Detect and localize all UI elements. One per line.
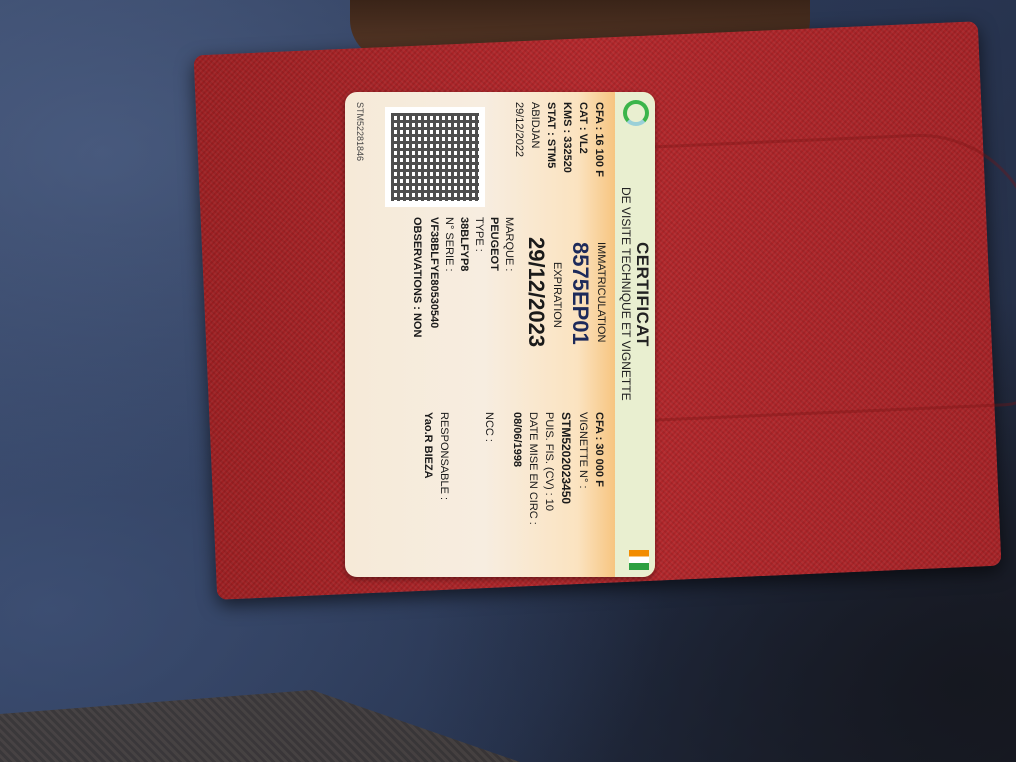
cat: CAT : VL2 [577,102,589,154]
date-circ: 08/06/1998 [511,412,523,467]
cfa-right: CFA : 30 000 F [593,412,605,487]
type: 38BLFYP8 [458,217,470,271]
serie-label: N° SERIE : [443,217,455,272]
marque-label: MARQUE : [503,217,515,271]
kms: KMS : 332520 [561,102,573,173]
date-circ-label: DATE MISE EN CIRC : [527,412,539,525]
observations: OBSERVATIONS : NON [411,217,423,337]
ncc: NCC : [483,412,495,442]
puis-fis: PUIS. FIS. (CV) : 10 [543,412,555,511]
vignette: STM5202023450 [559,412,573,504]
certificate-card: CERTIFICAT DE VISITE TECHNIQUE ET VIGNET… [345,92,655,577]
expiration: 29/12/2023 [523,237,549,347]
responsable-label: RESPONSABLE : [438,412,450,500]
immatriculation: 8575EP01 [567,242,593,345]
agency-logo-icon [623,100,649,126]
card-title: CERTIFICAT [632,242,652,347]
type-label: TYPE : [473,217,485,252]
side-serial: STM52281846 [355,102,365,161]
card-header: CERTIFICAT DE VISITE TECHNIQUE ET VIGNET… [615,92,655,577]
stat: STAT : STM5 [545,102,557,168]
qr-code [385,107,485,207]
cfa-left: CFA : 16 100 F [593,102,605,177]
card-subtitle: DE VISITE TECHNIQUE ET VIGNETTE [619,187,633,401]
immatriculation-label: IMMATRICULATION [595,242,607,342]
ci-logo-icon [629,550,649,570]
vignette-label: VIGNETTE N° : [577,412,589,489]
serie: VF38BLFYE80530540 [428,217,440,328]
marque: PEUGEOT [488,217,500,271]
expiration-label: EXPIRATION [551,262,563,328]
issue-date: 29/12/2022 [513,102,525,157]
city: ABIDJAN [529,102,541,148]
responsable: Yao.R BIEZA [422,412,434,479]
